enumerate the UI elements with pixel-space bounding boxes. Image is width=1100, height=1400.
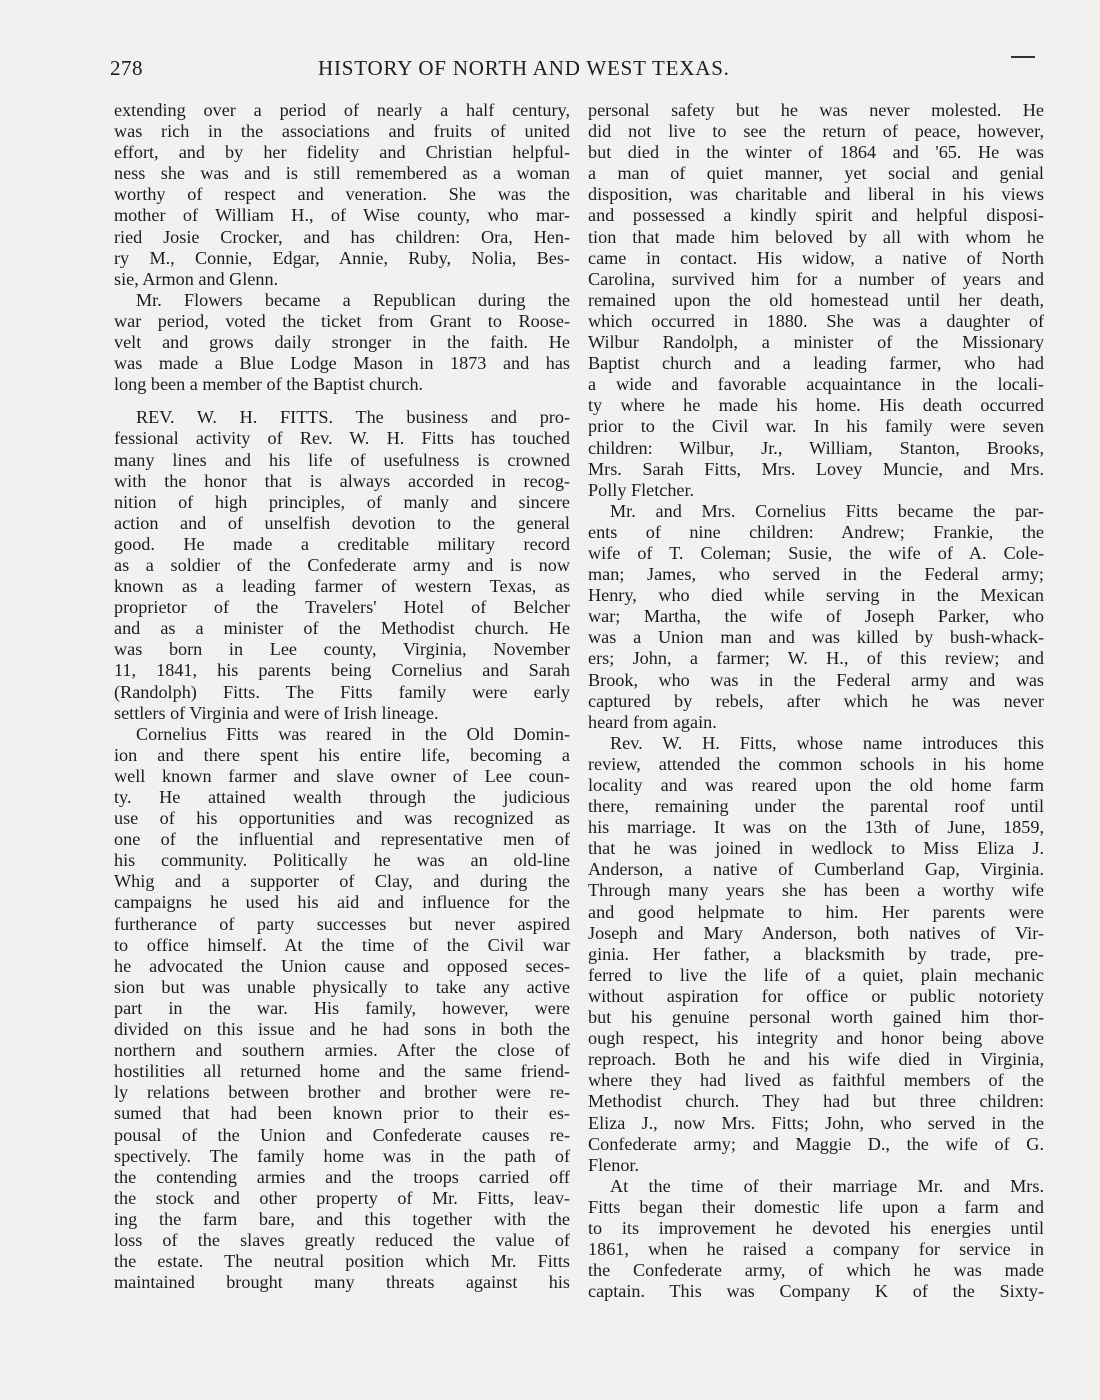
running-title: HISTORY OF NORTH AND WEST TEXAS. <box>318 56 730 81</box>
text-line: with the honor that is always accorded i… <box>114 471 570 492</box>
text-line: ing the farm bare, and this together wit… <box>114 1209 570 1230</box>
text-line: which occurred in 1880. She was a daught… <box>588 311 1044 332</box>
text-line: one of the influential and representativ… <box>114 829 570 850</box>
text-line: use of his opportunities and was recogni… <box>114 808 570 829</box>
text-line: Rev. W. H. Fitts, whose name introduces … <box>588 733 1044 754</box>
text-line: furtherance of party successes but never… <box>114 914 570 935</box>
text-line: ly relations between brother and brother… <box>114 1082 570 1103</box>
text-line: the Confederate army, of which he was ma… <box>588 1260 1044 1281</box>
text-line: sie, Armon and Glenn. <box>114 269 570 290</box>
text-line: wife of T. Coleman; Susie, the wife of A… <box>588 543 1044 564</box>
text-line: did not live to see the return of peace,… <box>588 121 1044 142</box>
text-line: that he was joined in wedlock to Miss El… <box>588 838 1044 859</box>
text-line: came in contact. His widow, a native of … <box>588 248 1044 269</box>
text-line: was born in Lee county, Virginia, Novemb… <box>114 639 570 660</box>
text-line: northern and southern armies. After the … <box>114 1040 570 1061</box>
text-line: and possessed a kindly spirit and helpfu… <box>588 205 1044 226</box>
text-line: ty. He attained wealth through the judic… <box>114 787 570 808</box>
text-line: Mr. Flowers became a Republican during t… <box>114 290 570 311</box>
text-line: Wilbur Randolph, a minister of the Missi… <box>588 332 1044 353</box>
text-line: captured by rebels, after which he was n… <box>588 691 1044 712</box>
text-line: spectively. The family home was in the p… <box>114 1146 570 1167</box>
text-line: Henry, who died while serving in the Mex… <box>588 585 1044 606</box>
text-line: reproach. Both he and his wife died in V… <box>588 1049 1044 1070</box>
text-line: Fitts began their domestic life upon a f… <box>588 1197 1044 1218</box>
text-line: ers; John, a farmer; W. H., of this revi… <box>588 648 1044 669</box>
text-line: was a Union man and was killed by bush-w… <box>588 627 1044 648</box>
text-line: long been a member of the Baptist church… <box>114 374 570 395</box>
text-line: well known farmer and slave owner of Lee… <box>114 766 570 787</box>
text-line: loss of the slaves greatly reduced the v… <box>114 1230 570 1251</box>
text-line: worthy of respect and veneration. She wa… <box>114 184 570 205</box>
text-line: Mr. and Mrs. Cornelius Fitts became the … <box>588 501 1044 522</box>
text-line: 11, 1841, his parents being Cornelius an… <box>114 660 570 681</box>
text-line: he advocated the Union cause and opposed… <box>114 956 570 977</box>
text-line: the contending armies and the troops car… <box>114 1167 570 1188</box>
text-line: but his genuine personal worth gained hi… <box>588 1007 1044 1028</box>
text-line: ents of nine children: Andrew; Frankie, … <box>588 522 1044 543</box>
text-line: captain. This was Company K of the Sixty… <box>588 1281 1044 1302</box>
text-line: pousal of the Union and Confederate caus… <box>114 1125 570 1146</box>
text-line: sion but was unable physically to take a… <box>114 977 570 998</box>
text-line: was rich in the associations and fruits … <box>114 121 570 142</box>
text-line: there, remaining under the parental roof… <box>588 796 1044 817</box>
text-line: fessional activity of Rev. W. H. Fitts h… <box>114 428 570 449</box>
text-line: mother of William H., of Wise county, wh… <box>114 205 570 226</box>
text-line: to its improvement he devoted his energi… <box>588 1218 1044 1239</box>
text-line: as a soldier of the Confederate army and… <box>114 555 570 576</box>
paragraph-gap <box>114 395 570 407</box>
right-column: personal safety but he was never moleste… <box>588 100 1044 1302</box>
text-line: without aspiration for office or public … <box>588 986 1044 1007</box>
text-line: Confederate army; and Maggie D., the wif… <box>588 1134 1044 1155</box>
text-line: where they had lived as faithful members… <box>588 1070 1044 1091</box>
text-line: 1861, when he raised a company for servi… <box>588 1239 1044 1260</box>
text-line: Whig and a supporter of Clay, and during… <box>114 871 570 892</box>
text-line: settlers of Virginia and were of Irish l… <box>114 703 570 724</box>
text-line: divided on this issue and he had sons in… <box>114 1019 570 1040</box>
text-line: ion and there spent his entire life, bec… <box>114 745 570 766</box>
text-line: ferred to live the life of a quiet, plai… <box>588 965 1044 986</box>
text-line: remained upon the old homestead until he… <box>588 290 1044 311</box>
text-line: disposition, was charitable and liberal … <box>588 184 1044 205</box>
text-line: and as a minister of the Methodist churc… <box>114 618 570 639</box>
text-line: heard from again. <box>588 712 1044 733</box>
text-line: children: Wilbur, Jr., William, Stanton,… <box>588 438 1044 459</box>
text-line: maintained brought many threats against … <box>114 1272 570 1293</box>
page-number: 278 <box>110 56 143 81</box>
text-line: was made a Blue Lodge Mason in 1873 and … <box>114 353 570 374</box>
text-line: Joseph and Mary Anderson, both natives o… <box>588 923 1044 944</box>
text-line: his marriage. It was on the 13th of June… <box>588 817 1044 838</box>
text-line: sumed that had been known prior to their… <box>114 1103 570 1124</box>
text-line: (Randolph) Fitts. The Fitts family were … <box>114 682 570 703</box>
text-line: tion that made him beloved by all with w… <box>588 227 1044 248</box>
text-line: and good helpmate to him. Her parents we… <box>588 902 1044 923</box>
text-line: but died in the winter of 1864 and '65. … <box>588 142 1044 163</box>
text-line: locality and was reared upon the old hom… <box>588 775 1044 796</box>
text-line: Brook, who was in the Federal army and w… <box>588 670 1044 691</box>
text-line: Mrs. Sarah Fitts, Mrs. Lovey Muncie, and… <box>588 459 1044 480</box>
page-header: 278 HISTORY OF NORTH AND WEST TEXAS. <box>110 56 1050 86</box>
text-line: prior to the Civil war. In his family we… <box>588 416 1044 437</box>
text-line: the estate. The neutral position which M… <box>114 1251 570 1272</box>
text-line: Eliza J., now Mrs. Fitts; John, who serv… <box>588 1113 1044 1134</box>
text-line: nition of high principles, of manly and … <box>114 492 570 513</box>
text-line: proprietor of the Travelers' Hotel of Be… <box>114 597 570 618</box>
text-line: At the time of their marriage Mr. and Mr… <box>588 1176 1044 1197</box>
text-line: extending over a period of nearly a half… <box>114 100 570 121</box>
text-line: REV. W. H. FITTS. The business and pro- <box>114 407 570 428</box>
corner-mark <box>1011 56 1035 58</box>
text-line: Methodist church. They had but three chi… <box>588 1091 1044 1112</box>
text-line: campaigns he used his aid and influence … <box>114 892 570 913</box>
text-line: ginia. Her father, a blacksmith by trade… <box>588 944 1044 965</box>
text-line: ry M., Connie, Edgar, Annie, Ruby, Nolia… <box>114 248 570 269</box>
text-line: ty where he made his home. His death occ… <box>588 395 1044 416</box>
text-line: Cornelius Fitts was reared in the Old Do… <box>114 724 570 745</box>
text-line: good. He made a creditable military reco… <box>114 534 570 555</box>
text-line: Flenor. <box>588 1155 1044 1176</box>
text-line: Carolina, survived him for a number of y… <box>588 269 1044 290</box>
text-line: a man of quiet manner, yet social and ge… <box>588 163 1044 184</box>
text-line: ried Josie Crocker, and has children: Or… <box>114 227 570 248</box>
text-line: review, attended the common schools in h… <box>588 754 1044 775</box>
text-line: ough respect, his integrity and honor be… <box>588 1028 1044 1049</box>
text-line: war; Martha, the wife of Joseph Parker, … <box>588 606 1044 627</box>
text-line: known as a leading farmer of western Tex… <box>114 576 570 597</box>
text-line: his community. Politically he was an old… <box>114 850 570 871</box>
text-line: many lines and his life of usefulness is… <box>114 450 570 471</box>
text-line: Anderson, a native of Cumberland Gap, Vi… <box>588 859 1044 880</box>
text-line: man; James, who served in the Federal ar… <box>588 564 1044 585</box>
text-line: Through many years she has been a worthy… <box>588 880 1044 901</box>
text-line: Polly Fletcher. <box>588 480 1044 501</box>
text-line: hostilities all returned home and the sa… <box>114 1061 570 1082</box>
left-column: extending over a period of nearly a half… <box>114 100 570 1293</box>
text-line: action and of unselfish devotion to the … <box>114 513 570 534</box>
text-line: war period, voted the ticket from Grant … <box>114 311 570 332</box>
text-line: part in the war. His family, however, we… <box>114 998 570 1019</box>
text-line: personal safety but he was never moleste… <box>588 100 1044 121</box>
text-line: velt and grows daily stronger in the fai… <box>114 332 570 353</box>
text-line: to office himself. At the time of the Ci… <box>114 935 570 956</box>
text-line: ness she was and is still remembered as … <box>114 163 570 184</box>
text-line: a wide and favorable acquaintance in the… <box>588 374 1044 395</box>
text-line: effort, and by her fidelity and Christia… <box>114 142 570 163</box>
text-line: Baptist church and a leading farmer, who… <box>588 353 1044 374</box>
text-line: the stock and other property of Mr. Fitt… <box>114 1188 570 1209</box>
